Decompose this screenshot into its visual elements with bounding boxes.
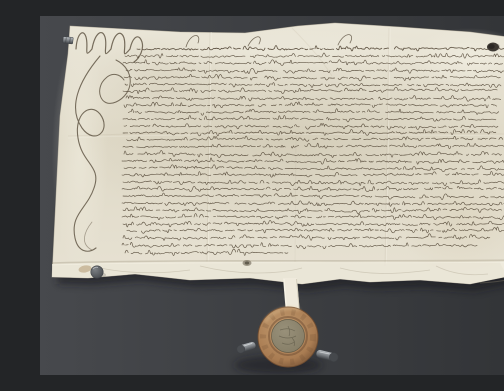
plica-hole (243, 260, 252, 266)
charter-photograph (40, 16, 504, 375)
wax-seal (258, 307, 318, 367)
metal-staple (63, 36, 74, 44)
